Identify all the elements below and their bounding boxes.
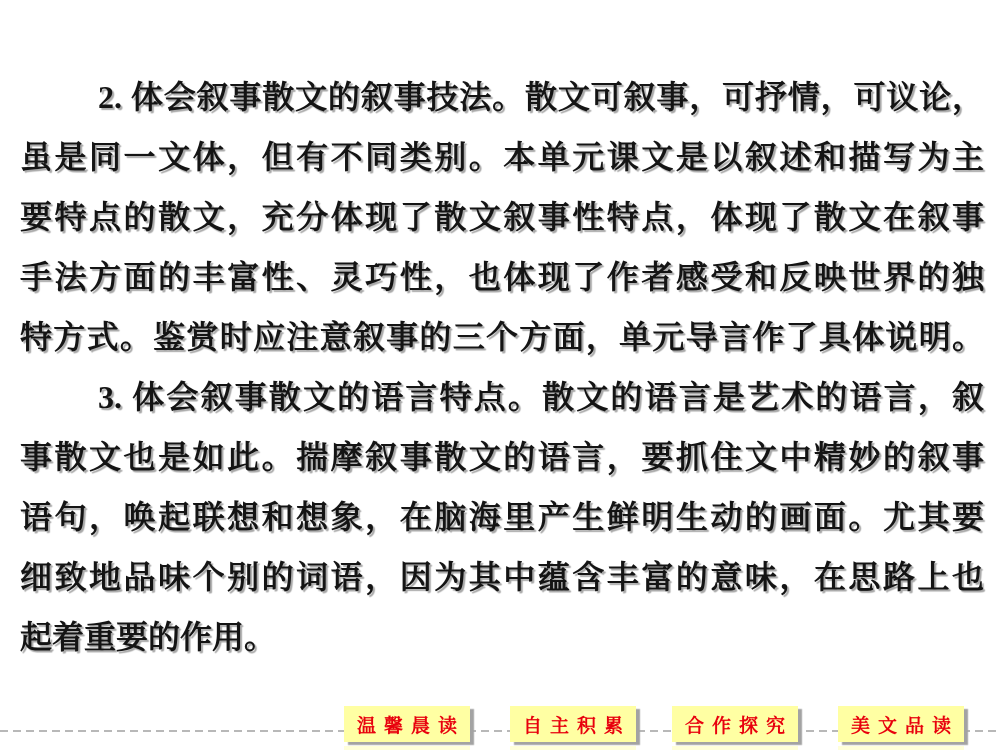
button-reflection <box>672 746 798 750</box>
text-line: 特方式。鉴赏时应注意叙事的三个方面，单元导言作了具体说明。 <box>20 307 984 367</box>
button-reflection <box>510 746 636 750</box>
nav-button-morning-reading[interactable]: 温馨晨读 <box>344 706 470 742</box>
text-line: 语句，唤起联想和想象，在脑海里产生鲜明生动的画面。尤其要 <box>20 487 984 547</box>
slide-body-text: 2. 体会叙事散文的叙事技法。散文可叙事，可抒情，可议论， 虽是同一文体，但有不… <box>0 67 1000 667</box>
text-line: 3. 体会叙事散文的语言特点。散文的语言是艺术的语言，叙 <box>20 367 984 427</box>
presentation-slide: 2. 体会叙事散文的叙事技法。散文可叙事，可抒情，可议论， 虽是同一文体，但有不… <box>0 0 1000 750</box>
nav-button-cooperative-inquiry[interactable]: 合作探究 <box>672 706 798 742</box>
text-line: 事散文也是如此。揣摩叙事散文的语言，要抓住文中精妙的叙事 <box>20 427 984 487</box>
text-line: 手法方面的丰富性、灵巧性，也体现了作者感受和反映世界的独 <box>20 247 984 307</box>
text-line: 起着重要的作用。 <box>20 607 984 667</box>
text-line: 2. 体会叙事散文的叙事技法。散文可叙事，可抒情，可议论， <box>20 67 984 127</box>
nav-button-self-accumulation[interactable]: 自主积累 <box>510 706 636 742</box>
button-reflection <box>838 746 964 750</box>
text-line: 要特点的散文，充分体现了散文叙事性特点，体现了散文在叙事 <box>20 187 984 247</box>
text-line: 细致地品味个别的词语，因为其中蕴含丰富的意味，在思路上也 <box>20 547 984 607</box>
button-reflection <box>344 746 470 750</box>
nav-button-essay-reading[interactable]: 美文品读 <box>838 706 964 742</box>
text-line: 虽是同一文体，但有不同类别。本单元课文是以叙述和描写为主 <box>20 127 984 187</box>
